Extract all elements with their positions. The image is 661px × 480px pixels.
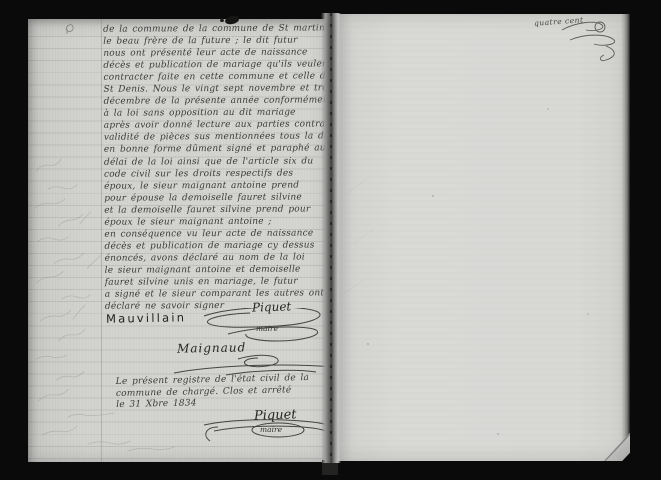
manuscript-line: décembre de la présente année conforméme… xyxy=(104,95,338,108)
closing-statement: Le présent registre de l'état civil de l… xyxy=(116,373,310,412)
scanned-register-spread: de la commune de la commune de St martin… xyxy=(0,0,661,480)
right-page-texture xyxy=(338,14,630,461)
annotation-flourish xyxy=(556,20,628,64)
signature-mauvillain: Mauvillain xyxy=(106,310,186,325)
manuscript-line: délai de la loi ainsi que de l'article s… xyxy=(104,155,338,168)
ink-blot-dot xyxy=(220,19,224,22)
manuscript-line: a signé et le sieur comparant les autres… xyxy=(105,287,339,300)
manuscript-line: et la demoiselle fauret silvine prend po… xyxy=(104,203,338,216)
page-edge-stack xyxy=(621,14,630,461)
manuscript-line: en bonne forme dûment signé et paraphé a… xyxy=(104,143,338,156)
signature-maignaud: Maignaud xyxy=(177,340,246,355)
gutter-specks xyxy=(330,13,332,463)
manuscript-line: de la commune de la commune de St martin xyxy=(103,22,337,35)
page-annotation: quatre cent xyxy=(534,15,584,27)
margin-rule-line xyxy=(101,19,102,462)
left-page: de la commune de la commune de St martin… xyxy=(28,19,328,462)
closing-signature-title: maire xyxy=(260,425,282,434)
signature-piquet: Piquet xyxy=(252,299,292,314)
closing-signature-piquet: Piquet xyxy=(254,407,297,423)
manuscript-line: énoncés, avons déclaré au nom de la loi xyxy=(105,251,339,264)
right-page: quatre cent xyxy=(338,14,630,461)
corner-mark-squiggle xyxy=(62,21,76,35)
binding-gutter xyxy=(321,13,341,463)
manuscript-text: de la commune de la commune de St martin… xyxy=(103,22,339,313)
signature-piquet-title: maire xyxy=(256,324,278,333)
